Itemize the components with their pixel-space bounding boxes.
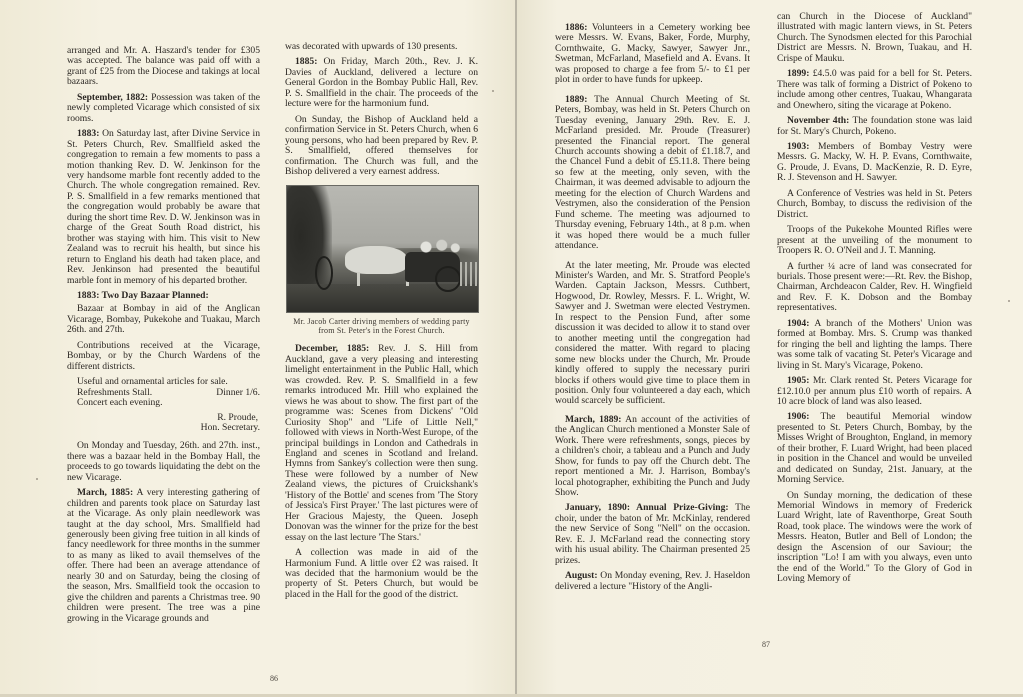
paragraph: A collection was made in aid of the Harm… [285, 548, 478, 600]
section-heading: 1883: Two Day Bazaar Planned: [67, 291, 260, 301]
date-lead: January, 1890: Annual Prize-Giving: [565, 502, 729, 513]
date-lead: 1899: [787, 68, 809, 79]
page-number: 86 [270, 674, 278, 683]
paragraph: 1885: On Friday, March 20th., Rev. J. K.… [285, 57, 478, 109]
paragraph-text: On Saturday last, after Divine Service i… [67, 128, 260, 285]
book-gutter [515, 0, 517, 697]
paragraph: 1903: Members of Bombay Vestry were Mess… [777, 142, 972, 184]
paper-speck [1008, 300, 1010, 302]
signature-title: Hon. Secretary. [67, 423, 260, 433]
photo-caption: Mr. Jacob Carter driving members of wedd… [285, 317, 478, 335]
paragraph-text: The Annual Church Meeting of St. Peters,… [555, 94, 750, 251]
paragraph: 1886: Volunteers in a Cemetery working b… [555, 23, 750, 86]
paragraph: March, 1885: A very interesting gatherin… [67, 488, 260, 624]
date-lead: December, 1885: [295, 343, 369, 354]
paragraph-text: The choir, under the baton of Mr. McKinl… [555, 502, 750, 565]
date-lead: 1886: [565, 22, 587, 33]
paragraph-text: An account of the activities of the Angl… [555, 414, 750, 498]
paragraph: Bazaar at Bombay in aid of the Anglican … [67, 304, 260, 335]
paragraph: 1905: Mr. Clark rented St. Peters Vicara… [777, 376, 972, 407]
date-lead: November 4th: [787, 115, 849, 126]
paragraph: 1899: £4.5.0 was paid for a bell for St.… [777, 69, 972, 111]
notice-text: Concert each evening. [77, 398, 163, 408]
paragraph: 1906: The beautiful Memorial window pres… [777, 412, 972, 485]
paragraph: January, 1890: Annual Prize-Giving: The … [555, 503, 750, 566]
date-lead: September, 1882: [77, 92, 148, 103]
left-page-column-2: was decorated with upwards of 130 presen… [285, 42, 478, 605]
paper-speck [492, 90, 494, 92]
paragraph: On Sunday morning, the dedication of the… [777, 491, 972, 585]
date-lead: 1885: [295, 56, 317, 67]
wedding-carriage-photo [286, 185, 479, 313]
photo-horse-legs [357, 272, 409, 286]
date-lead: 1906: [787, 411, 809, 422]
date-lead: March, 1889: [565, 414, 622, 425]
book-spread: arranged and Mr. A. Haszard's tender for… [0, 0, 1023, 697]
date-lead: 1905: [787, 375, 809, 386]
date-lead: 1883: [77, 128, 99, 139]
paragraph: can Church in the Diocese of Auckland" i… [777, 12, 972, 64]
paragraph: November 4th: The foundation stone was l… [777, 116, 972, 137]
date-lead: 1904: [787, 318, 809, 329]
paper-speck [36, 478, 38, 480]
paragraph: arranged and Mr. A. Haszard's tender for… [67, 46, 260, 88]
right-page-column-2: can Church in the Diocese of Auckland" i… [777, 12, 972, 590]
paragraph: A further ¼ acre of land was consecrated… [777, 262, 972, 314]
paragraph: On Monday and Tuesday, 26th. and 27th. i… [67, 441, 260, 483]
notice-line: Concert each evening. [67, 398, 260, 408]
paragraph: 1904: A branch of the Mothers' Union was… [777, 319, 972, 371]
date-lead: August: [565, 570, 598, 581]
date-lead: 1903: [787, 141, 809, 152]
paragraph: September, 1882: Possession was taken of… [67, 93, 260, 124]
right-page-column-1: 1886: Volunteers in a Cemetery working b… [555, 23, 750, 597]
paragraph: A Conference of Vestries was held in St.… [777, 189, 972, 220]
date-lead: 1889: [565, 94, 587, 105]
paragraph-text: Rev. J. S. Hill from Auckland, gave a ve… [285, 343, 478, 542]
date-lead: March, 1885: [77, 487, 133, 498]
bazaar-notice: Useful and ornamental articles for sale.… [67, 377, 260, 433]
paragraph: August: On Monday evening, Rev. J. Hasel… [555, 571, 750, 592]
paragraph: December, 1885: Rev. J. S. Hill from Auc… [285, 344, 478, 543]
left-page-column-1: arranged and Mr. A. Haszard's tender for… [67, 46, 260, 629]
paragraph: On Sunday, the Bishop of Auckland held a… [285, 115, 478, 178]
notice-price: Dinner 1/6. [216, 388, 260, 398]
photo-fence [460, 262, 478, 286]
paragraph-text: Volunteers in a Cemetery working bee wer… [555, 22, 750, 85]
paragraph: 1889: The Annual Church Meeting of St. P… [555, 95, 750, 252]
paragraph: Contributions received at the Vicarage, … [67, 341, 260, 372]
paragraph: Troops of the Pukekohe Mounted Rifles we… [777, 225, 972, 256]
paragraph: March, 1889: An account of the activitie… [555, 415, 750, 499]
paragraph-text: The beautiful Memorial window presented … [777, 411, 972, 485]
paragraph-text: A very interesting gathering of children… [67, 487, 260, 623]
paragraph: was decorated with upwards of 130 presen… [285, 42, 478, 52]
paragraph: At the later meeting, Mr. Proude was ele… [555, 261, 750, 407]
photo-wedding-party [417, 238, 462, 256]
page-number: 87 [762, 640, 770, 649]
paragraph: 1883: On Saturday last, after Divine Ser… [67, 129, 260, 286]
photo-horse [345, 246, 407, 274]
